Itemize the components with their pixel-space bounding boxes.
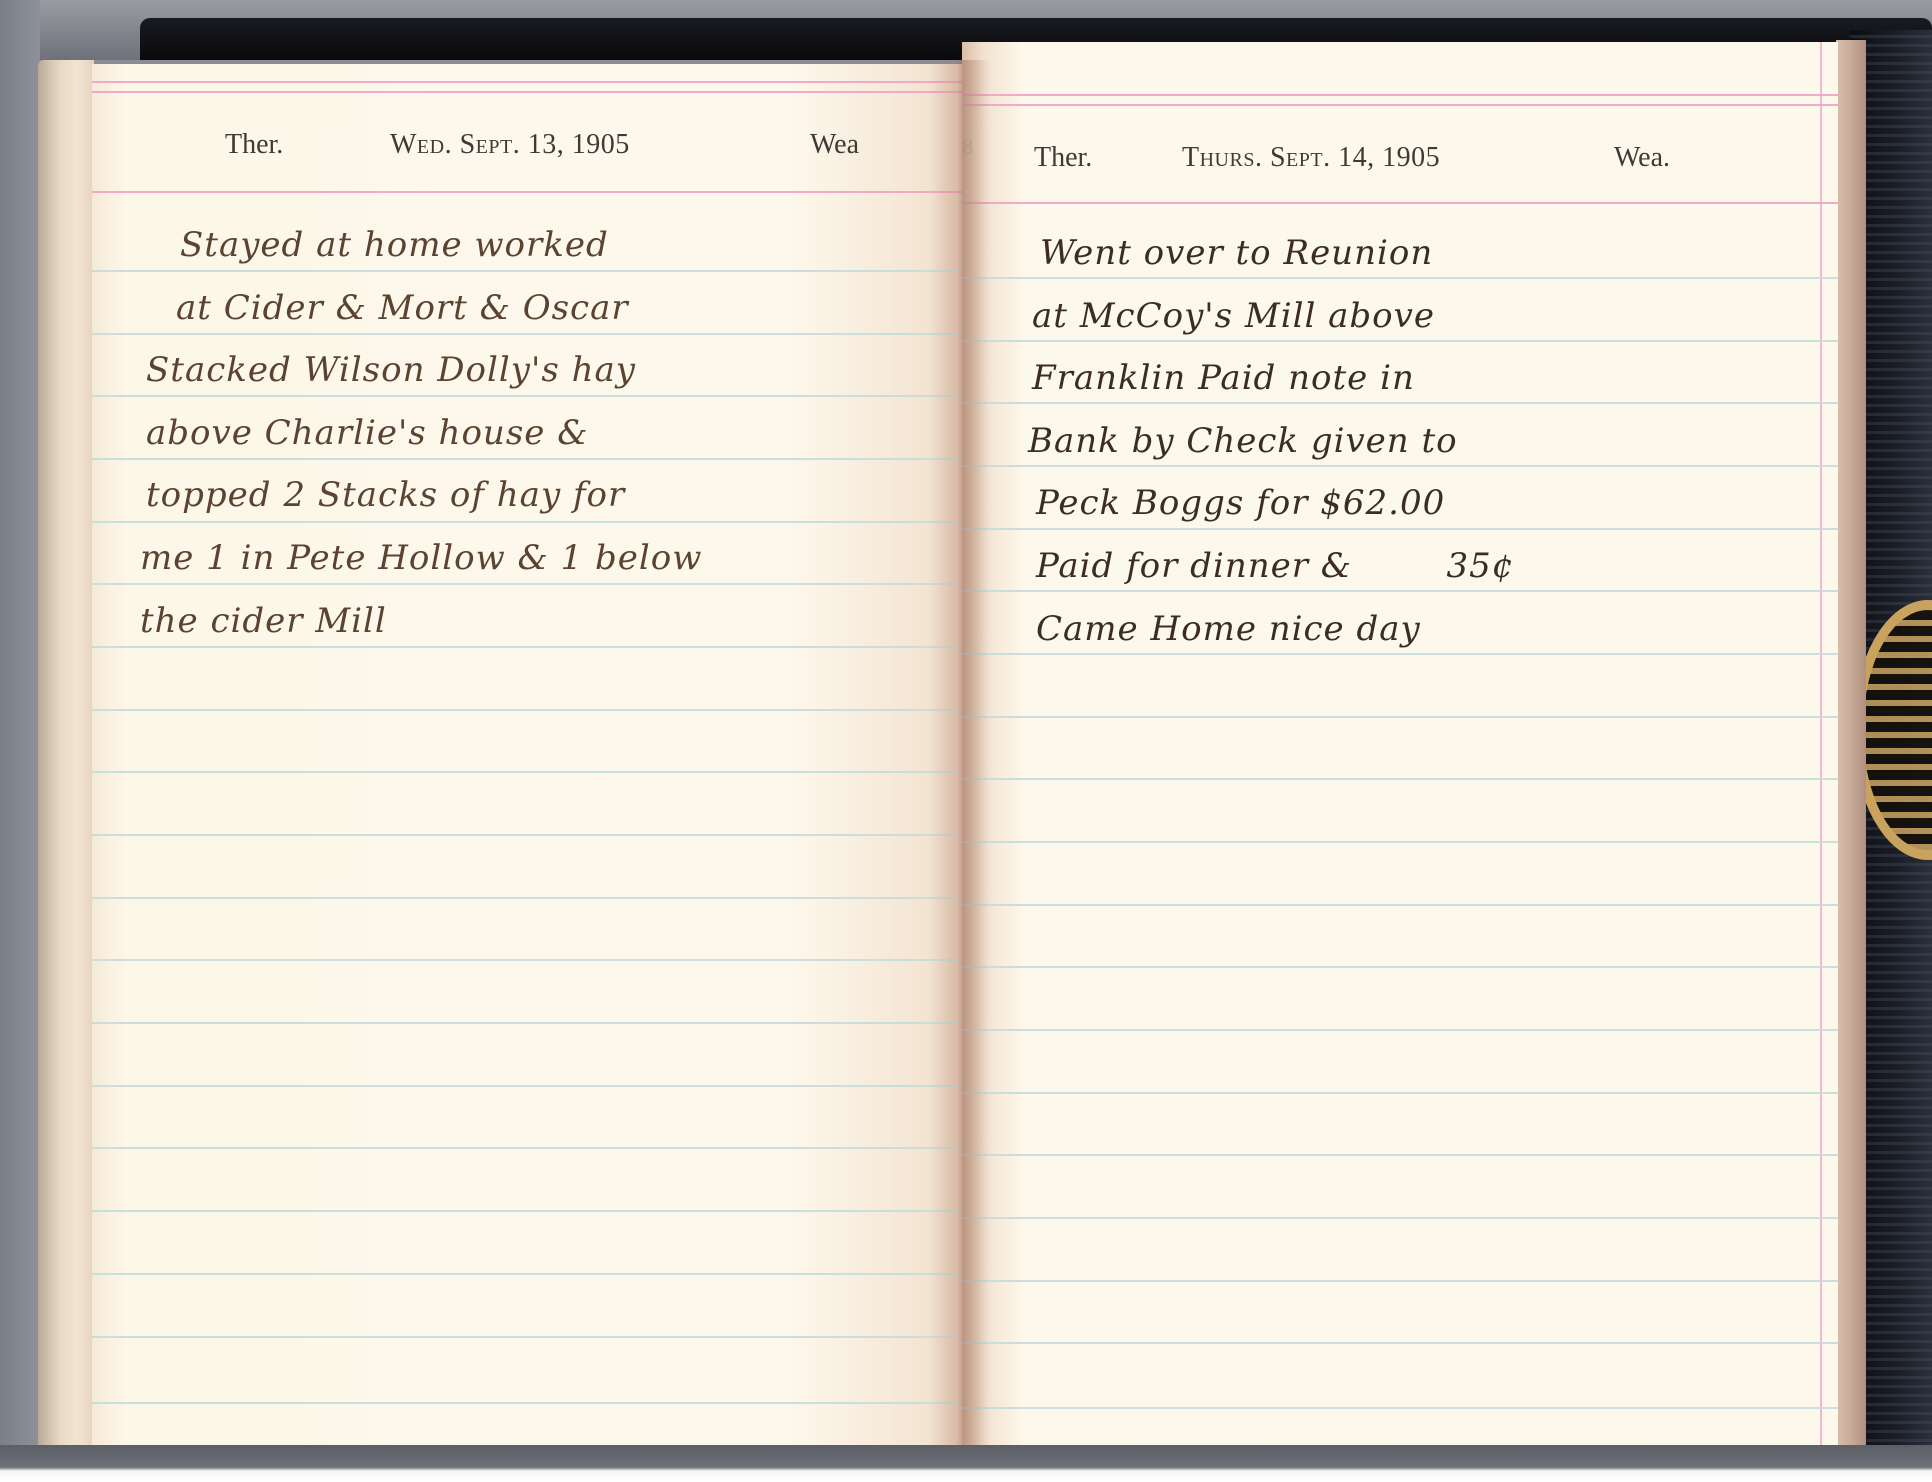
top-rule bbox=[962, 94, 1838, 96]
entry-line: at Cider & Mort & Oscar bbox=[140, 277, 702, 340]
background-left bbox=[0, 0, 40, 1482]
writing-line bbox=[962, 1092, 1838, 1094]
page-stack-left bbox=[38, 60, 94, 1450]
writing-line bbox=[962, 904, 1838, 906]
top-rule bbox=[92, 81, 962, 83]
writing-line bbox=[92, 771, 962, 773]
writing-line bbox=[92, 1336, 962, 1338]
entry-line: Stayed at home worked bbox=[140, 214, 702, 277]
entry-line: Bank by Check given to bbox=[1022, 410, 1514, 473]
writing-line bbox=[92, 1022, 962, 1024]
diary-page-left: Ther. Wed. Sept. 13, 1905 Wea Stayed at … bbox=[92, 64, 962, 1445]
writing-line bbox=[962, 1342, 1838, 1344]
writing-line bbox=[962, 1280, 1838, 1282]
writing-line bbox=[92, 834, 962, 836]
entry-line: above Charlie's house & bbox=[140, 402, 702, 465]
writing-line bbox=[92, 959, 962, 961]
entry-line: Stacked Wilson Dolly's hay bbox=[140, 339, 702, 402]
top-rule bbox=[92, 91, 962, 93]
writing-line bbox=[92, 1147, 962, 1149]
entry-line: Peck Boggs for $62.00 bbox=[1022, 472, 1514, 535]
entry-line: Went over to Reunion bbox=[1022, 222, 1514, 285]
writing-line bbox=[962, 778, 1838, 780]
header-rule bbox=[92, 191, 962, 193]
entry-line: me 1 in Pete Hollow & 1 below bbox=[140, 527, 702, 590]
entry-line: topped 2 Stacks of hay for bbox=[140, 464, 702, 527]
writing-line bbox=[92, 709, 962, 711]
writing-line bbox=[92, 1273, 962, 1275]
page-date: Wed. Sept. 13, 1905 bbox=[390, 129, 630, 161]
thermometer-label: Ther. bbox=[1034, 142, 1092, 174]
entry-line: Came Home nice day bbox=[1022, 598, 1514, 661]
entry-line: Franklin Paid note in bbox=[1022, 347, 1514, 410]
writing-line bbox=[962, 716, 1838, 718]
writing-line bbox=[962, 1154, 1838, 1156]
background-bottom bbox=[0, 1445, 1932, 1482]
diary-page-right: 8 Ther. Thurs. Sept. 14, 1905 Wea. Went … bbox=[962, 42, 1838, 1445]
writing-line bbox=[92, 1085, 962, 1087]
entry-line: at McCoy's Mill above bbox=[1022, 285, 1514, 348]
thermometer-label: Ther. bbox=[225, 129, 283, 161]
weather-label: Wea bbox=[810, 129, 859, 161]
right-margin-rule bbox=[1820, 42, 1822, 1445]
writing-line bbox=[92, 1402, 962, 1404]
entry-line: the cider Mill bbox=[140, 590, 702, 653]
writing-line bbox=[962, 1217, 1838, 1219]
page-date: Thurs. Sept. 14, 1905 bbox=[1182, 142, 1440, 174]
page-stack-right bbox=[1836, 40, 1866, 1450]
writing-line bbox=[962, 966, 1838, 968]
writing-line bbox=[92, 1210, 962, 1212]
top-rule bbox=[962, 104, 1838, 106]
header-rule bbox=[962, 202, 1838, 204]
writing-line bbox=[962, 841, 1838, 843]
gutter-page-mark: 8 bbox=[962, 134, 973, 160]
diary-entry-left: Stayed at home worked at Cider & Mort & … bbox=[140, 214, 702, 652]
weather-label: Wea. bbox=[1614, 142, 1670, 174]
writing-line bbox=[962, 1407, 1838, 1409]
writing-line bbox=[92, 897, 962, 899]
entry-line: Paid for dinner & 35¢ bbox=[1022, 535, 1514, 598]
writing-line bbox=[962, 1029, 1838, 1031]
diary-entry-right: Went over to Reunion at McCoy's Mill abo… bbox=[1022, 222, 1514, 660]
